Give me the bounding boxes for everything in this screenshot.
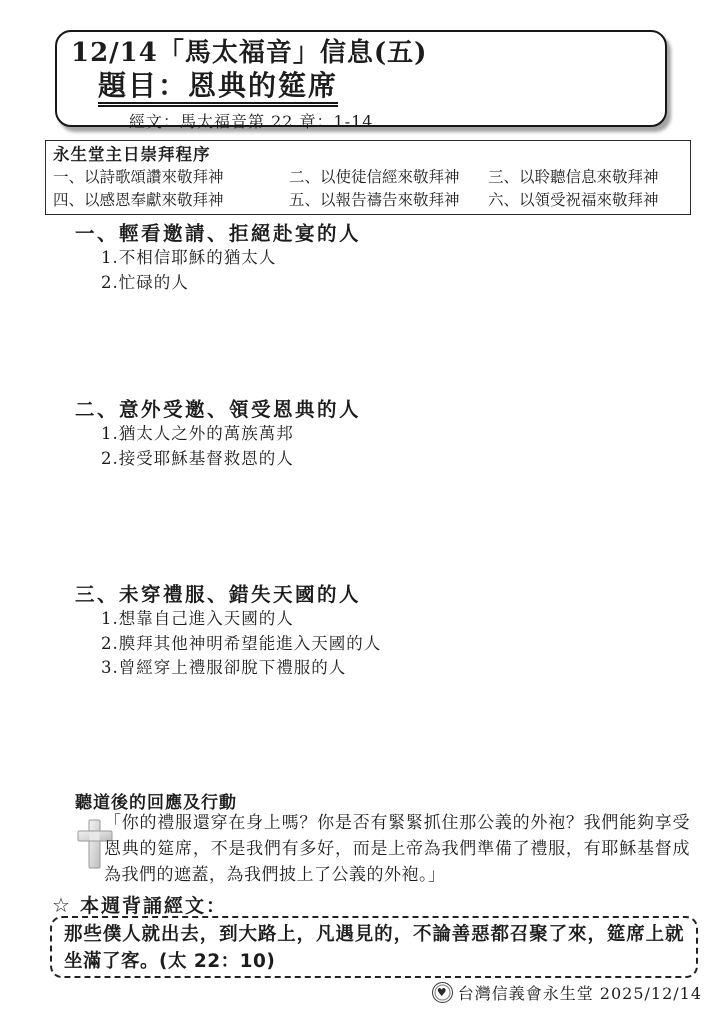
section-heading: 二、意外受邀、領受恩典的人 [75,394,361,422]
worship-order-row: 四、以感恩奉獻來敬拜神 五、以報告禱告來敬拜神 六、以領受祝福來敬拜神 [53,189,683,212]
worship-order-item: 一、以詩歌頌讚來敬拜神 [53,166,289,189]
outline-section-1: 一、輕看邀請、拒絕赴宴的人 1.不相信耶穌的猶太人 2.忙碌的人 [75,218,361,295]
worship-order-title: 永生堂主日崇拜程序 [53,143,683,166]
section-item: 1.不相信耶穌的猶太人 [101,246,361,271]
memory-verse-box: 那些僕人就出去，到大路上，凡遇見的，不論善惡都召聚了來，筵席上就坐滿了客。(太 … [50,916,698,978]
section-item: 1.想靠自己進入天國的人 [101,607,381,632]
worship-order-item: 六、以領受祝福來敬拜神 [488,189,683,212]
footer: ♥ 台灣信義會永生堂 2025/12/14 [432,981,702,1004]
worship-order-row: 一、以詩歌頌讚來敬拜神 二、以使徒信經來敬拜神 三、以聆聽信息來敬拜神 [53,166,683,189]
outline-section-2: 二、意外受邀、領受恩典的人 1.猶太人之外的萬族萬邦 2.接受耶穌基督救恩的人 [75,394,361,471]
star-icon: ☆ [52,894,70,916]
luther-seal-icon: ♥ [432,982,453,1003]
memory-verse-heading: 本週背誦經文： [80,891,227,918]
memory-verse-header: ☆ 本週背誦經文： [52,891,227,918]
worship-order-box: 永生堂主日崇拜程序 一、以詩歌頌讚來敬拜神 二、以使徒信經來敬拜神 三、以聆聽信… [45,140,691,215]
outline-section-3: 三、未穿禮服、錯失天國的人 1.想靠自己進入天國的人 2.膜拜其他神明希望能進入… [75,579,381,681]
section-heading: 一、輕看邀請、拒絕赴宴的人 [75,218,361,246]
response-quote: 「你的禮服還穿在身上嗎？你是否有緊緊抓住那公義的外袍？我們能夠享受恩典的筵席，不… [104,810,690,888]
section-item: 1.猶太人之外的萬族萬邦 [101,422,361,447]
sermon-subject: 題目：恩典的筵席 [98,70,338,107]
section-item: 2.忙碌的人 [101,271,361,296]
worship-order-item: 二、以使徒信經來敬拜神 [289,166,488,189]
worship-order-item: 四、以感恩奉獻來敬拜神 [53,189,289,212]
section-item: 2.膜拜其他神明希望能進入天國的人 [101,632,381,657]
section-item: 3.曾經穿上禮服卻脫下禮服的人 [101,656,381,681]
bulletin-page: 12/14「馬太福音」信息(五) 題目：恩典的筵席 經文：馬太福音第 22 章：… [0,0,724,1024]
scripture-reference: 經文：馬太福音第 22 章：1-14 [129,109,651,132]
section-item: 2.接受耶穌基督救恩的人 [101,447,361,472]
worship-order-item: 三、以聆聽信息來敬拜神 [488,166,683,189]
page-title: 12/14「馬太福音」信息(五) [71,37,651,69]
footer-church-name-date: 台灣信義會永生堂 2025/12/14 [458,981,702,1004]
title-box: 12/14「馬太福音」信息(五) 題目：恩典的筵席 經文：馬太福音第 22 章：… [55,30,667,127]
memory-verse-text: 那些僕人就出去，到大路上，凡遇見的，不論善惡都召聚了來，筵席上就坐滿了客。(太 … [64,924,684,972]
section-heading: 三、未穿禮服、錯失天國的人 [75,579,381,607]
worship-order-item: 五、以報告禱告來敬拜神 [289,189,488,212]
